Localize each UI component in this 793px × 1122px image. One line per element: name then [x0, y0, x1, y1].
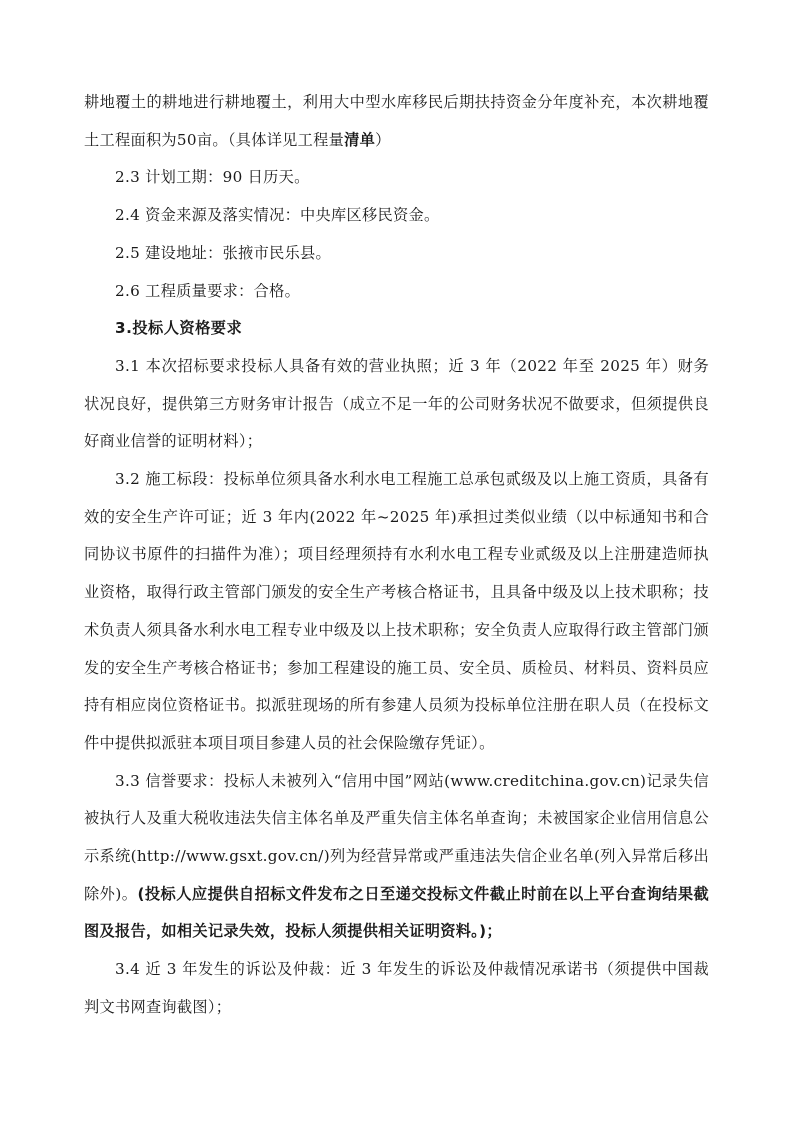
paragraph-3-2: 3.2 施工标段：投标单位须具备水利水电工程施工总承包贰级及以上施工资质，具备有… — [84, 461, 709, 763]
paragraph-3-3-bold-note: (投标人应提供自招标文件发布之日至递交投标文件截止时前在以上平台查询结果截图及报… — [84, 885, 709, 941]
item-2-6: 2.6 工程质量要求：合格。 — [84, 273, 709, 311]
intro-bold-text: 清单 — [344, 131, 375, 149]
paragraph-3-4: 3.4 近 3 年发生的诉讼及仲裁：近 3 年发生的诉讼及仲裁情况承诺书（须提供… — [84, 951, 709, 1026]
intro-paragraph: 耕地覆土的耕地进行耕地覆土，利用大中型水库移民后期扶持资金分年度补充，本次耕地覆… — [84, 84, 709, 159]
document-page: 耕地覆土的耕地进行耕地覆土，利用大中型水库移民后期扶持资金分年度补充，本次耕地覆… — [84, 84, 709, 1027]
item-2-4: 2.4 资金来源及落实情况：中央库区移民资金。 — [84, 197, 709, 235]
paragraph-3-3-text: 3.3 信誉要求：投标人未被列入“信用中国”网站(www.creditchina… — [84, 772, 709, 903]
intro-text: 耕地覆土的耕地进行耕地覆土，利用大中型水库移民后期扶持资金分年度补充，本次耕地覆… — [84, 93, 709, 149]
item-2-3: 2.3 计划工期：90 日历天。 — [84, 159, 709, 197]
section-3-heading: 3.投标人资格要求 — [84, 310, 709, 348]
paragraph-3-3: 3.3 信誉要求：投标人未被列入“信用中国”网站(www.creditchina… — [84, 763, 709, 952]
item-2-5: 2.5 建设地址：张掖市民乐县。 — [84, 235, 709, 273]
paragraph-3-1: 3.1 本次招标要求投标人具备有效的营业执照；近 3 年（2022 年至 202… — [84, 348, 709, 461]
intro-closing: ） — [375, 131, 391, 149]
